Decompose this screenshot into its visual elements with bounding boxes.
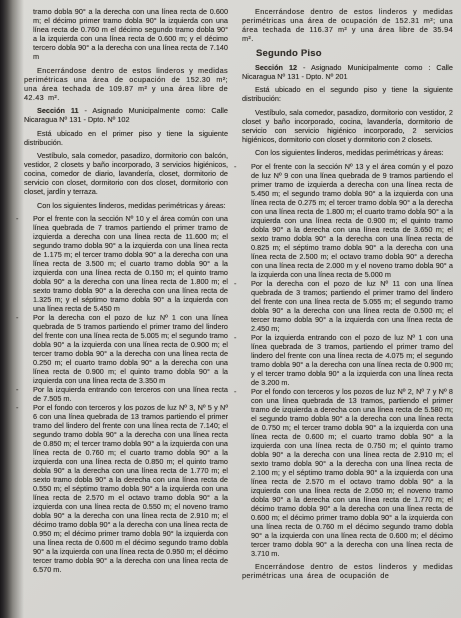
lindero-item-frente: -Por el frente con la sección Nº 13 y el… <box>251 162 453 279</box>
lindero-item-text: Por el fondo con terceros y los pozos de… <box>251 387 453 558</box>
lindero-item-fondo: -Por el fondo con terceros y los pozos d… <box>33 403 228 574</box>
lindero-item-text: Por la derecha con el pozo de luz Nº 11 … <box>251 279 453 333</box>
second-floor-heading: Segundo Piso <box>256 48 453 59</box>
section-11-label: Sección 11 <box>37 106 79 115</box>
lindero-item-fondo: -Por el fondo con terceros y los pozos d… <box>251 387 453 558</box>
location-paragraph: Está ubicado en el primer piso y tiene l… <box>24 129 228 147</box>
area-summary-paragraph: Encerrándose dentro de estos linderos y … <box>242 7 453 43</box>
area-summary-paragraph: Encerrándose dentro de estos linderos y … <box>24 66 228 102</box>
list-dash: - <box>234 387 236 396</box>
section-12-label: Sección 12 <box>255 63 297 72</box>
left-column: tramo dobla 90° a la derecha con una lín… <box>24 7 228 584</box>
lindero-item-text: Por la izquierda entrando con el pozo de… <box>251 333 453 387</box>
lindero-item-frente: -Por el frente con la sección Nº 10 y el… <box>33 214 228 313</box>
lindero-item-text: Por el fondo con terceros y los pozos de… <box>33 403 228 574</box>
lindero-item-text: Por el frente con la sección Nº 13 y el … <box>251 162 453 279</box>
lindero-item-derecha: -Por la derecha con el pozo de luz Nº 11… <box>251 279 453 333</box>
lindero-item-text: Por la derecha con el pozo de luz Nº 1 c… <box>33 313 228 385</box>
linderos-intro-paragraph: Con los siguientes linderos, medidas per… <box>24 201 228 210</box>
distribution-paragraph: Vestíbulo, sala comedor, pasadizo, dormi… <box>242 108 453 144</box>
list-dash: - <box>234 279 236 288</box>
scan-gutter-shadow <box>0 0 24 618</box>
list-dash: - <box>16 313 18 322</box>
lindero-item-text: Por el frente con la sección Nº 10 y el … <box>33 214 228 313</box>
distribution-paragraph: Vestíbulo, sala comedor, pasadizo, dormi… <box>24 151 228 196</box>
lindero-item-text: Por la izquierda entrando con terceros c… <box>33 385 228 403</box>
list-dash: - <box>16 385 18 394</box>
two-column-layout: tramo dobla 90° a la derecha con una lín… <box>24 7 453 584</box>
list-dash: - <box>16 214 18 223</box>
section-11-heading: Sección 11 - Asignado Municipalmente com… <box>24 106 228 124</box>
section-12-heading: Sección 12 - Asignado Municipalmente com… <box>242 63 453 81</box>
closing-area-paragraph: Encerrándose dentro de estos linderos y … <box>242 562 453 580</box>
linderos-intro-paragraph: Con los siguientes linderos, medidas per… <box>242 148 453 157</box>
lindero-item-izquierda: -Por la izquierda entrando con el pozo d… <box>251 333 453 387</box>
list-dash: - <box>16 403 18 412</box>
lindero-item-izquierda: -Por la izquierda entrando con terceros … <box>33 385 228 403</box>
right-column: Encerrándose dentro de estos linderos y … <box>242 7 453 584</box>
list-dash: - <box>234 333 236 342</box>
scanned-document-page: tramo dobla 90° a la derecha con una lín… <box>0 0 461 618</box>
location-paragraph: Está ubicado en el segundo piso y tiene … <box>242 85 453 103</box>
continued-lindero-paragraph: tramo dobla 90° a la derecha con una lín… <box>33 7 228 61</box>
list-dash: - <box>234 162 236 171</box>
lindero-item-derecha: -Por la derecha con el pozo de luz Nº 1 … <box>33 313 228 385</box>
